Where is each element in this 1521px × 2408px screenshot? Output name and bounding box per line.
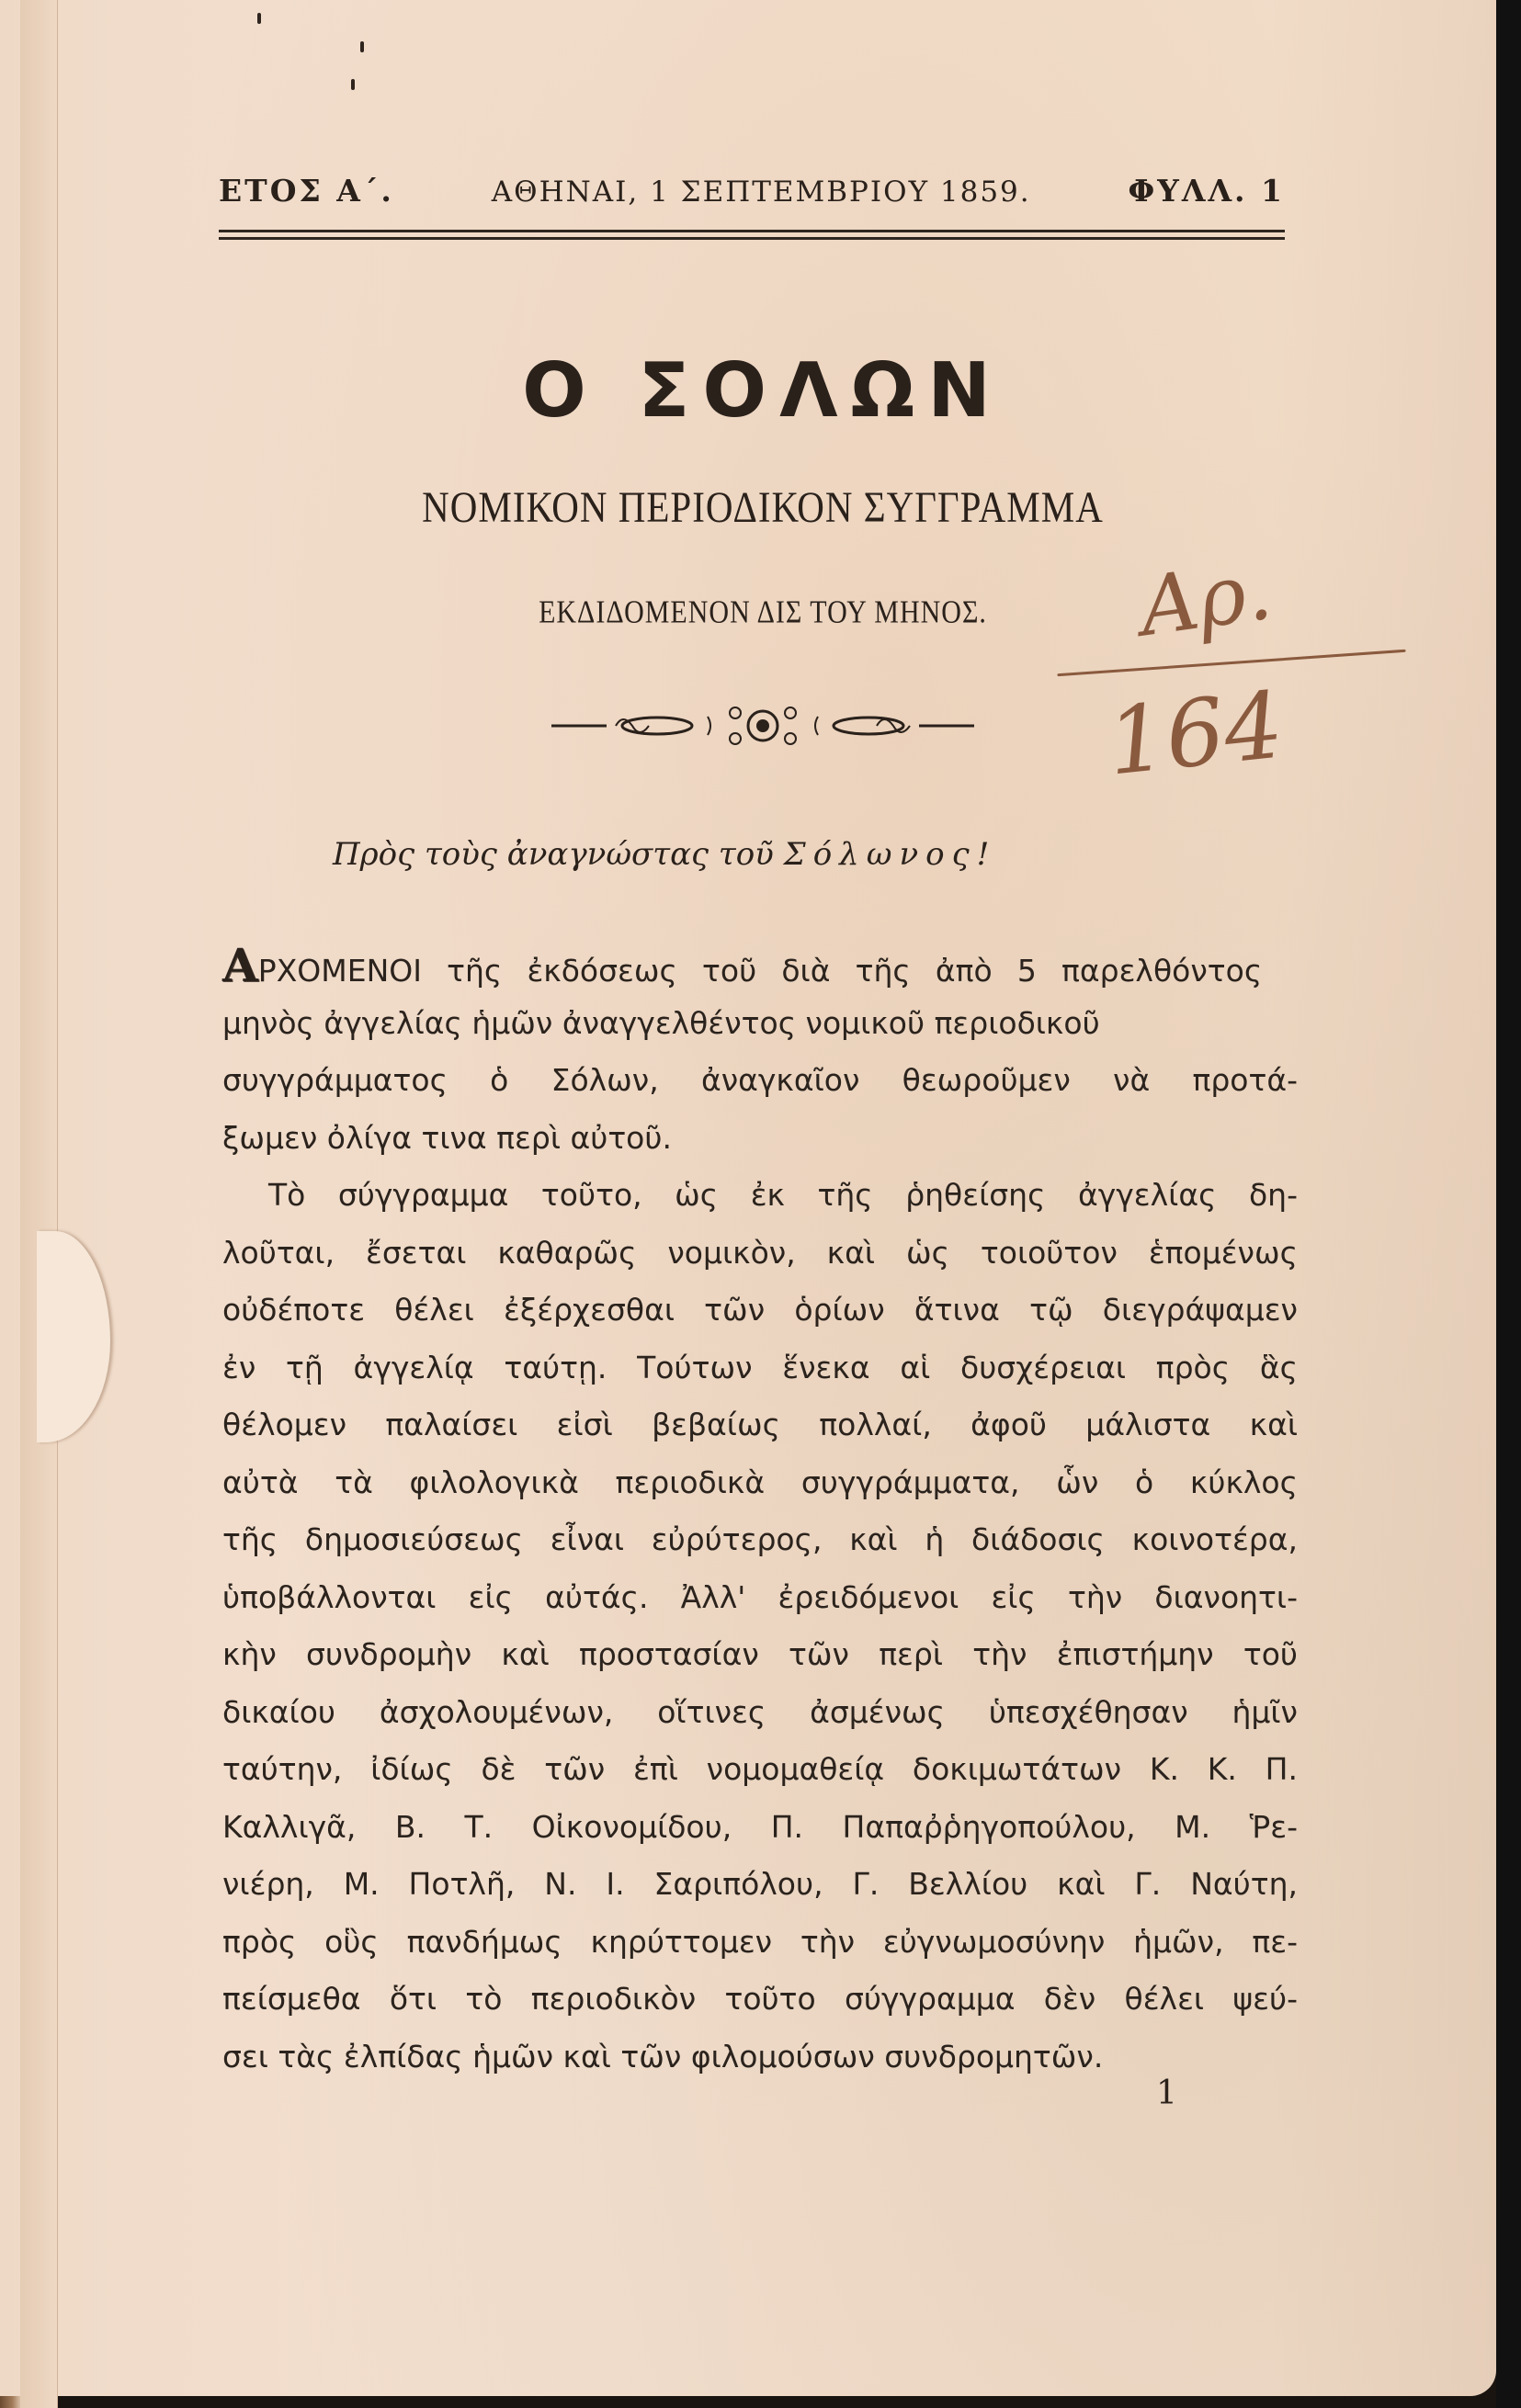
- masthead-title: Ο ΣΟΛΩΝ: [349, 347, 1176, 435]
- article-line: πρὸς οὓς πανδήμως κηρύττομεν τὴν εὐγνωμο…: [222, 1914, 1298, 1972]
- salutation-name: Σόλωνος!: [784, 836, 997, 873]
- salutation: Πρὸς τοὺς ἀναγνώστας τοῦ Σόλωνος!: [333, 836, 996, 873]
- article-line: τῆς δημοσιεύσεως εἶναι εὐρύτερος, καὶ ἡ …: [222, 1511, 1298, 1569]
- salutation-prefix: Πρὸς τοὺς ἀναγνώστας τοῦ: [333, 836, 774, 873]
- article-line: ταύτην, ἰδίως δὲ τῶν ἐπὶ νομομαθείᾳ δοκι…: [222, 1741, 1298, 1799]
- article-line: κὴν συνδρομὴν καὶ προστασίαν τῶν περὶ τὴ…: [222, 1626, 1298, 1684]
- sheet-number: ΦΥΛΛ. 1: [1129, 173, 1285, 209]
- line-text: αὐτὰ τὰ φιλολογικὰ περιοδικὰ συγγράμματα…: [222, 1454, 1298, 1512]
- line-text: μηνὸς ἀγγελίας ἡμῶν ἀναγγελθέντος νομικο…: [222, 995, 1100, 1053]
- article-line: μηνὸς ἀγγελίας ἡμῶν ἀναγγελθέντος νομικο…: [222, 995, 1298, 1053]
- line-text: συγγράμματος ὁ Σόλων, ἀναγκαῖον θεωροῦμε…: [222, 1052, 1298, 1110]
- article-line: οὐδέποτε θέλει ἐξέρχεσθαι τῶν ὁρίων ἅτιν…: [222, 1282, 1298, 1340]
- article-body: ΑΡΧΟΜΕΝΟΙ τῆς ἐκδόσεως τοῦ διὰ τῆς ἀπὸ 5…: [222, 937, 1298, 2086]
- line-text: Καλλιγᾶ, Β. Τ. Οἰκονομίδου, Π. Παπαῤῥηγο…: [222, 1799, 1298, 1857]
- line-text: κὴν συνδρομὴν καὶ προστασίαν τῶν περὶ τὴ…: [222, 1626, 1298, 1684]
- line-text: σει τὰς ἐλπίδας ἡμῶν καὶ τῶν φιλομούσων …: [222, 2029, 1103, 2086]
- masthead-frequency: ΕΚΔΙΔΟΜΕΝΟΝ ΔΙΣ ΤΟΥ ΜΗΝΟΣ.: [349, 594, 1176, 630]
- line-text: πρὸς οὓς πανδήμως κηρύττομεν τὴν εὐγνωμο…: [222, 1914, 1298, 1972]
- article-line: συγγράμματος ὁ Σόλων, ἀναγκαῖον θεωροῦμε…: [222, 1052, 1298, 1110]
- header-rule-bottom: [219, 237, 1285, 240]
- page-number: 1: [1156, 2074, 1177, 2112]
- article-line: ἐν τῇ ἀγγελίᾳ ταύτῃ. Τούτων ἕνεκα αἱ δυσ…: [222, 1340, 1298, 1397]
- line-text: νιέρη, Μ. Ποτλῆ, Ν. Ι. Σαριπόλου, Γ. Βελ…: [222, 1856, 1298, 1914]
- article-line: θέλομεν παλαίσει εἰσὶ βεβαίως πολλαί, ἀφ…: [222, 1396, 1298, 1454]
- article-line: ξωμεν ὀλίγα τινα περὶ αὐτοῦ.: [222, 1110, 1298, 1168]
- page-edge-shadow: [1496, 0, 1521, 2408]
- masthead-subtitle: ΝΟΜΙΚΟΝ ΠΕΡΙΟΔΙΚΟΝ ΣΥΓΓΡΑΜΜΑ: [349, 481, 1176, 532]
- article-line: αὐτὰ τὰ φιλολογικὰ περιοδικὰ συγγράμματα…: [222, 1454, 1298, 1512]
- handwritten-note-number: 164: [1102, 671, 1288, 796]
- fleuron-ornament-icon: [551, 698, 974, 753]
- line-text: Τὸ σύγγραμμα τοῦτο, ὡς ἐκ τῆς ῥηθείσης ἀ…: [268, 1167, 1298, 1225]
- line-text: ταύτην, ἰδίως δὲ τῶν ἐπὶ νομομαθείᾳ δοκι…: [222, 1741, 1298, 1799]
- running-header: ΕΤΟΣ Α΄. ΑΘΗΝΑΙ, 1 ΣΕΠΤΕΜΒΡΙΟΥ 1859. ΦΥΛ…: [219, 173, 1285, 209]
- article-line: σει τὰς ἐλπίδας ἡμῶν καὶ τῶν φιλομούσων …: [222, 2029, 1298, 2086]
- article-line: πείσμεθα ὅτι τὸ περιοδικὸν τοῦτο σύγγραμ…: [222, 1971, 1298, 2029]
- article-line: Καλλιγᾶ, Β. Τ. Οἰκονομίδου, Π. Παπαῤῥηγο…: [222, 1799, 1298, 1857]
- line-text: τῆς δημοσιεύσεως εἶναι εὐρύτερος, καὶ ἡ …: [222, 1511, 1298, 1569]
- article-line: δικαίου ἀσχολουμένων, οἵτινες ἀσμένως ὑπ…: [222, 1684, 1298, 1742]
- line-text: λοῦται, ἔσεται καθαρῶς νομικὸν, καὶ ὡς τ…: [222, 1225, 1298, 1283]
- article-line: ΑΡΧΟΜΕΝΟΙ τῆς ἐκδόσεως τοῦ διὰ τῆς ἀπὸ 5…: [222, 937, 1298, 995]
- line-text: ξωμεν ὀλίγα τινα περὶ αὐτοῦ.: [222, 1110, 672, 1168]
- article-line: Τὸ σύγγραμμα τοῦτο, ὡς ἐκ τῆς ῥηθείσης ἀ…: [222, 1167, 1298, 1225]
- line-text: δικαίου ἀσχολουμένων, οἵτινες ἀσμένως ὑπ…: [222, 1684, 1298, 1742]
- line-text: θέλομεν παλαίσει εἰσὶ βεβαίως πολλαί, ἀφ…: [222, 1396, 1298, 1454]
- line-text: ΡΧΟΜΕΝΟΙ τῆς ἐκδόσεως τοῦ διὰ τῆς ἀπὸ 5 …: [258, 953, 1262, 989]
- drop-cap: Α: [222, 938, 258, 992]
- handwritten-note-top: Αρ.: [1134, 543, 1277, 655]
- line-text: πείσμεθα ὅτι τὸ περιοδικὸν τοῦτο σύγγραμ…: [222, 1971, 1298, 2029]
- article-line: ὑποβάλλονται εἰς αὐτάς. Ἀλλ' ἐρειδόμενοι…: [222, 1569, 1298, 1627]
- article-line: λοῦται, ἔσεται καθαρῶς νομικὸν, καὶ ὡς τ…: [222, 1225, 1298, 1283]
- page-gutter: [20, 0, 58, 2408]
- volume-year: ΕΤΟΣ Α΄.: [219, 173, 394, 209]
- article-line: νιέρη, Μ. Ποτλῆ, Ν. Ι. Σαριπόλου, Γ. Βελ…: [222, 1856, 1298, 1914]
- line-text: ἐν τῇ ἀγγελίᾳ ταύτῃ. Τούτων ἕνεκα αἱ δυσ…: [222, 1340, 1298, 1397]
- header-rule-top: [219, 230, 1285, 232]
- place-date: ΑΘΗΝΑΙ, 1 ΣΕΠΤΕΜΒΡΙΟΥ 1859.: [492, 175, 1031, 209]
- line-text: ὑποβάλλονται εἰς αὐτάς. Ἀλλ' ἐρειδόμενοι…: [222, 1569, 1298, 1627]
- line-text: οὐδέποτε θέλει ἐξέρχεσθαι τῶν ὁρίων ἅτιν…: [222, 1282, 1298, 1340]
